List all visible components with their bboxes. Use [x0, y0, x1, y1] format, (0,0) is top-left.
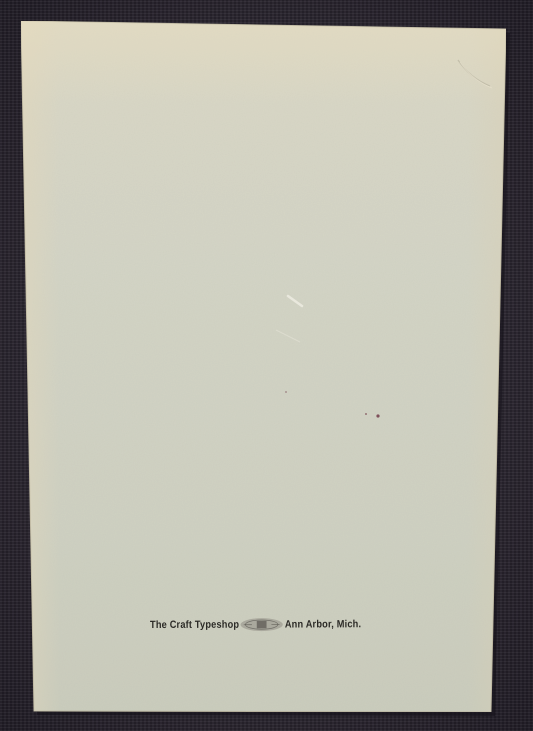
booklet-back-cover [0, 0, 533, 731]
ink-speck [376, 414, 379, 417]
